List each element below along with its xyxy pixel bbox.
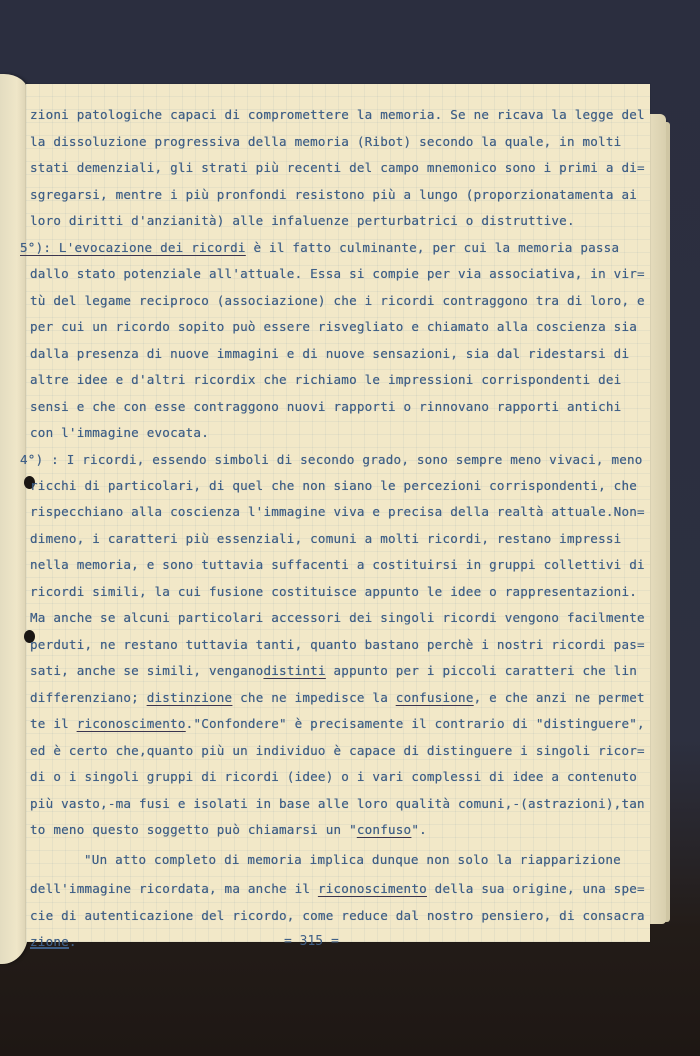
- section-5-heading-line: 5°): L'evocazione dei ricordi è il fatto…: [20, 240, 619, 255]
- underlined-term: L'evocazione dei ricordi: [59, 240, 246, 255]
- text-fragment: ".: [411, 822, 427, 837]
- text-line: to meno questo soggetto può chiamarsi un…: [30, 822, 427, 837]
- text-line: perduti, ne restano tuttavia tanti, quan…: [30, 637, 645, 652]
- quote-line: "Un atto completo di memoria implica dun…: [84, 852, 621, 867]
- text-line: rispecchiano alla coscienza l'immagine v…: [30, 504, 645, 519]
- section-number: 5°):: [20, 240, 59, 255]
- text-fragment: te il: [30, 716, 77, 731]
- text-line: altre idee e d'altri ricordix che richia…: [30, 372, 621, 387]
- text-line: te il riconoscimento."Confondere" è prec…: [30, 716, 645, 731]
- text-fragment: appunto per i piccoli caratteri che lin: [326, 663, 637, 678]
- text-fragment: della sua origine, una spe=: [427, 881, 645, 896]
- text-line: sgregarsi, mentre i più pronfondi resist…: [30, 187, 637, 202]
- text-line: zione.: [30, 934, 77, 949]
- text-line: con l'immagine evocata.: [30, 425, 209, 440]
- underlined-term: distinti: [263, 663, 325, 678]
- text-fragment: dell'immagine ricordata, ma anche il: [30, 881, 318, 896]
- underlined-term: confusione: [396, 690, 474, 705]
- text-line: dell'immagine ricordata, ma anche il ric…: [30, 881, 645, 896]
- text-fragment: , e che anzi ne permet: [474, 690, 645, 705]
- underlined-term: riconoscimento: [77, 716, 186, 731]
- text-line: più vasto,-ma fusi e isolati in base all…: [30, 796, 645, 811]
- text-line: stati demenziali, gli strati più recenti…: [30, 160, 645, 175]
- text-line: cie di autenticazione del ricordo, come …: [30, 908, 645, 923]
- page-number: = 315 =: [284, 934, 339, 949]
- text-line: dimeno, i caratteri più essenziali, comu…: [30, 531, 621, 546]
- text-line: loro diritti d'anzianità) alle infaluenz…: [30, 213, 575, 228]
- typewritten-page: zioni patologiche capaci di comprometter…: [26, 84, 650, 942]
- text-fragment: differenziano;: [30, 690, 147, 705]
- text-line: nella memoria, e sono tuttavia suffacent…: [30, 557, 645, 572]
- text-line: ricchi di particolari, di quel che non s…: [30, 478, 637, 493]
- underlined-term: confuso: [357, 822, 411, 837]
- text-fragment: ."Confondere" è precisamente il contrari…: [186, 716, 645, 731]
- text-line: ricordi simili, la cui fusione costituis…: [30, 584, 637, 599]
- text-line: sensi e che con esse contraggono nuovi r…: [30, 399, 621, 414]
- text-fragment: sati, anche se simili, vengano: [30, 663, 263, 678]
- underlined-term: distinzione: [147, 690, 233, 705]
- text-line: di o i singoli gruppi di ricordi (idee) …: [30, 769, 637, 784]
- text-line: dallo stato potenziale all'attuale. Essa…: [30, 266, 645, 281]
- text-line: zioni patologiche capaci di comprometter…: [30, 107, 645, 122]
- text-fragment: che ne impedisce la: [232, 690, 395, 705]
- text-line: per cui un ricordo sopito può essere ris…: [30, 319, 637, 334]
- text-line: differenziano; distinzione che ne impedi…: [30, 690, 645, 705]
- text-fragment: .: [69, 934, 77, 949]
- text-line: tù del legame reciproco (associazione) c…: [30, 293, 645, 308]
- left-page-stack: [0, 74, 28, 964]
- overtyped-word: zione: [30, 934, 69, 949]
- text-fragment: è il fatto culminante, per cui la memori…: [246, 240, 620, 255]
- underlined-term: riconoscimento: [318, 881, 427, 896]
- text-line: Ma anche se alcuni particolari accessori…: [30, 610, 645, 625]
- section-4-line: 4°) : I ricordi, essendo simboli di seco…: [20, 452, 643, 467]
- text-line: ed è certo che,quanto più un individuo è…: [30, 743, 645, 758]
- text-line: sati, anche se simili, venganodistinti a…: [30, 663, 637, 678]
- text-line: dalla presenza di nuove immagini e di nu…: [30, 346, 629, 361]
- text-fragment: to meno questo soggetto può chiamarsi un…: [30, 822, 357, 837]
- text-line: la dissoluzione progressiva della memori…: [30, 134, 621, 149]
